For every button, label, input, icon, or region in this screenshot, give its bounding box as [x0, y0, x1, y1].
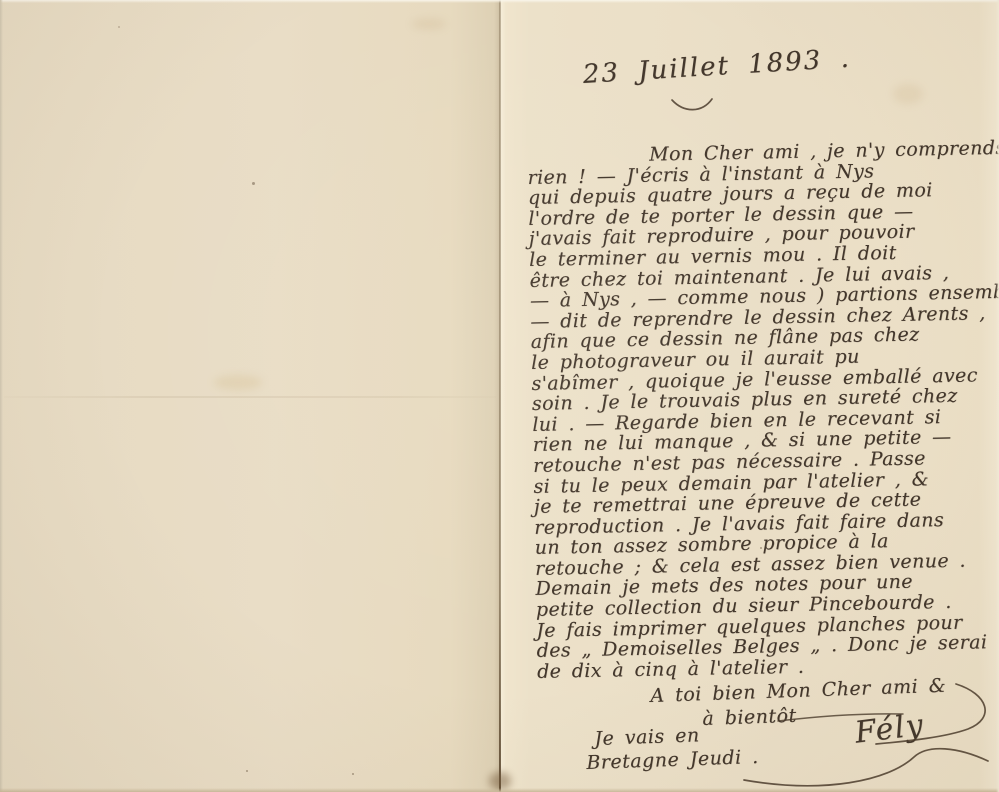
sheet-left-edge [0, 0, 3, 792]
paper-speck [352, 773, 354, 775]
sheet-top-edge [0, 0, 999, 3]
letter-scan: 23 Juillet 1893 . Mon Cher ami , je n'y … [0, 0, 999, 792]
paper-speck [118, 26, 120, 28]
letter-body: Mon Cher ami , je n'y comprendsrien ! — … [527, 138, 999, 682]
paper-speck [252, 182, 255, 185]
closing-line-2: à bientôt [702, 705, 797, 730]
center-fold-line [499, 0, 501, 792]
sheet-bottom-edge [0, 788, 999, 792]
paper-speck [246, 770, 248, 772]
postscript-line-1: Je vais en [594, 724, 700, 750]
horizontal-crease [4, 396, 496, 398]
